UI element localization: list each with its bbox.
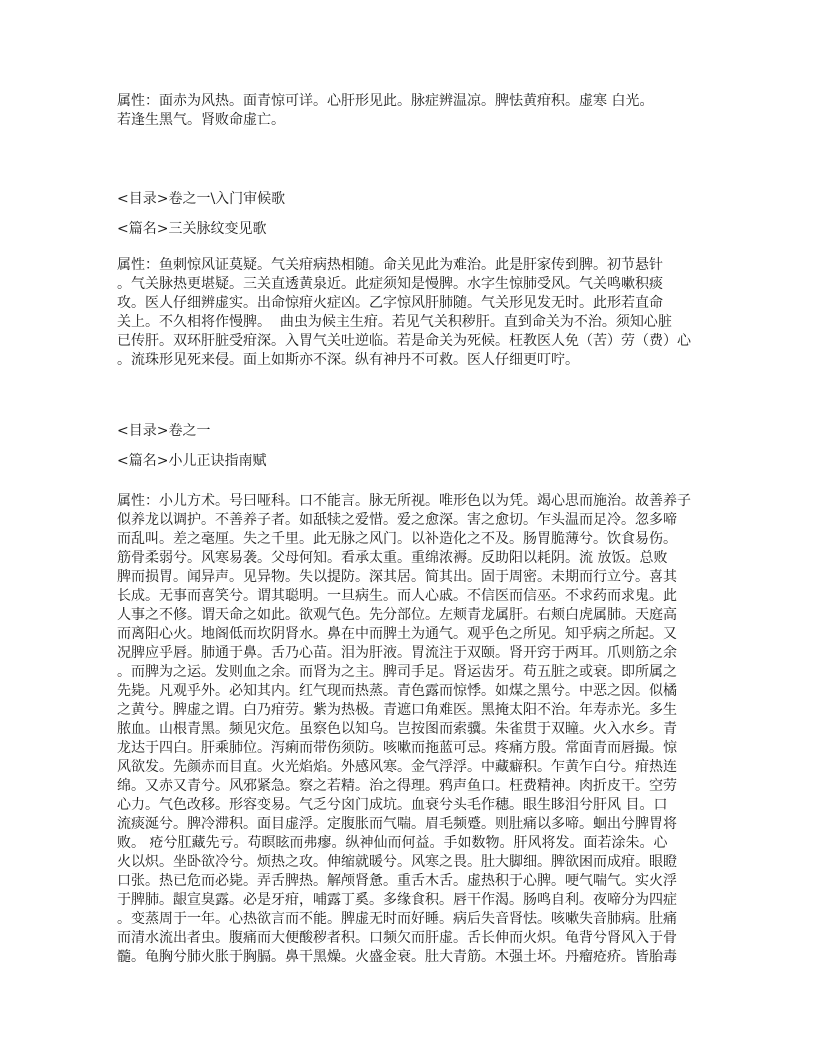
catalog-heading-1: <目录>卷之一\入门审候歌 (117, 190, 709, 209)
catalog-heading-2: <目录>卷之一 (117, 422, 709, 441)
paragraph-three-passes-verse: 属性：鱼刺惊风证莫疑。气关疳病热相随。命关见此为难治。此是肝家传到脾。初节悬针 … (117, 256, 709, 370)
chapter-title-2: <篇名>小儿正诀指南赋 (117, 452, 709, 471)
chapter-title-1: <篇名>三关脉纹变见歌 (117, 220, 709, 239)
document-page: 属性：面赤为风热。面青惊可详。心肝形见此。脉症辨温凉。脾怯黄疳积。虚寒 白光。 … (0, 0, 816, 1056)
paragraph-pediatric-guide-rhapsody: 属性：小儿方术。号曰哑科。口不能言。脉无所视。唯形色以为凭。竭心思而施治。故善养… (117, 492, 709, 967)
paragraph-complexion-verse: 属性：面赤为风热。面青惊可详。心肝形见此。脉症辨温凉。脾怯黄疳积。虚寒 白光。 … (117, 92, 709, 130)
